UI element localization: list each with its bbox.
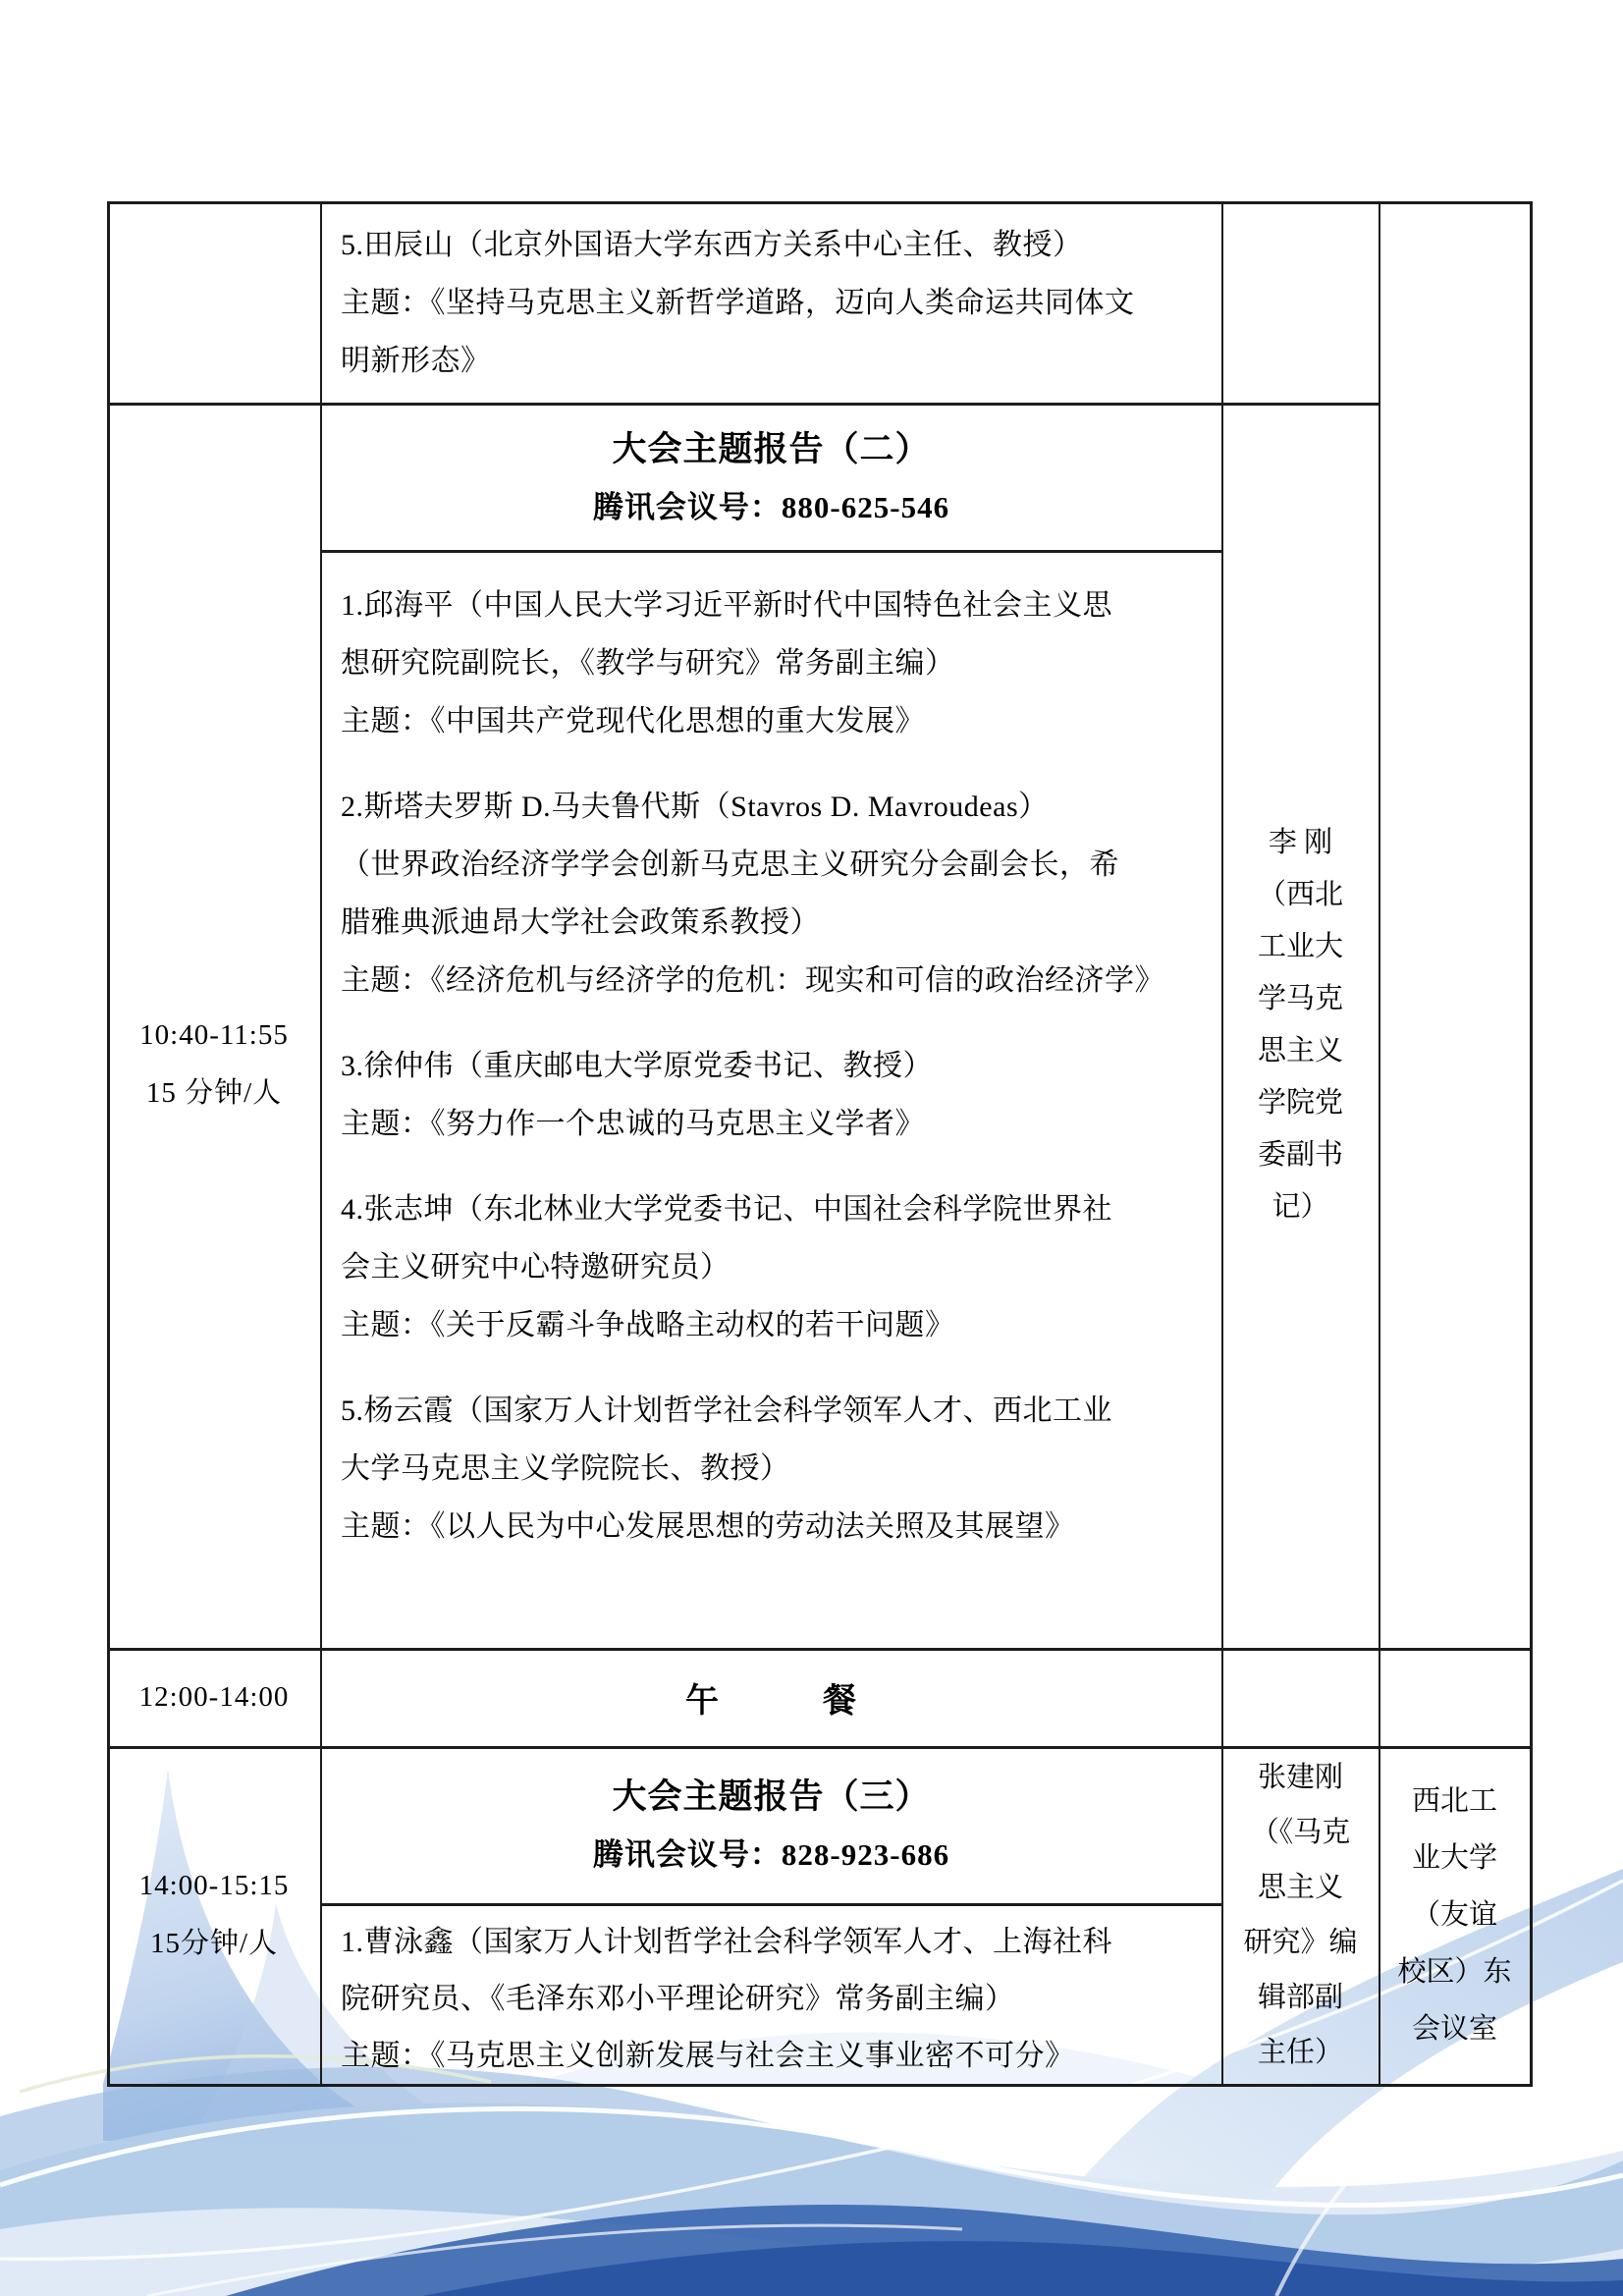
session3-meeting-id: 腾讯会议号：828-923-686 — [593, 1828, 949, 1883]
speaker-line: 1.邱海平（中国人民大学习近平新时代中国特色社会主义思 — [341, 576, 1206, 634]
speaker-line: （世界政治经济学学会创新马克思主义研究分会副会长，希 — [341, 836, 1206, 894]
moderator-line: 张建刚 — [1258, 1750, 1343, 1805]
row-divider-lunch-bottom — [107, 1746, 1533, 1749]
speaker-line: 腊雅典派迪昂大学社会政策系教授） — [341, 894, 1206, 952]
session2-title: 大会主题报告（二） — [612, 419, 930, 480]
speaker-paragraph: 4.张志坤（东北林业大学党委书记、中国社会科学院世界社 会主义研究中心特邀研究员… — [341, 1180, 1206, 1354]
moderator-line: 学马克 — [1258, 973, 1343, 1025]
session2-speaker-list: 1.邱海平（中国人民大学习近平新时代中国特色社会主义思 想研究院副院长，《教学与… — [323, 553, 1219, 1645]
row-divider-lunch-top — [107, 1648, 1533, 1651]
speaker-paragraph: 1.邱海平（中国人民大学习近平新时代中国特色社会主义思 想研究院副院长，《教学与… — [341, 576, 1206, 750]
moderator-line: 工业大 — [1258, 921, 1343, 973]
time-range: 12:00-14:00 — [139, 1668, 290, 1726]
moderator-line: （西北 — [1258, 869, 1343, 921]
moderator-line: 研究》编 — [1243, 1915, 1357, 1970]
table-border-bottom — [107, 2084, 1533, 2087]
table-border-col1 — [320, 201, 322, 2087]
cell-time-afternoon: 14:00-15:15 15分钟/人 — [110, 1749, 318, 2081]
session3-speaker-list: 1.曹泳鑫（国家万人计划哲学社会科学领军人才、上海社科 院研究员、《毛泽东邓小平… — [323, 1906, 1219, 2081]
table-border-left — [107, 201, 110, 2087]
speaker-line: 3.徐仲伟（重庆邮电大学原党委书记、教授） — [341, 1037, 1206, 1095]
lunch-label: 午 餐 — [685, 1673, 857, 1722]
cell-venue: 西北工 业大学 （友谊 校区）东 会议室 — [1381, 1749, 1528, 2081]
speaker-paragraph: 3.徐仲伟（重庆邮电大学原党委书记、教授） 主题：《努力作一个忠诚的马克思主义学… — [341, 1037, 1206, 1153]
table-border-right — [1530, 201, 1533, 2087]
speaker-line: 主题：《经济危机与经济学的危机：现实和可信的政治经济学》 — [341, 952, 1206, 1010]
speaker-line: 想研究院副院长，《教学与研究》常务副主编） — [341, 634, 1206, 692]
speaker-line: 明新形态》 — [341, 332, 1206, 390]
speaker-line: 主题：《努力作一个忠诚的马克思主义学者》 — [341, 1095, 1206, 1153]
session2-header: 大会主题报告（二） 腾讯会议号：880-625-546 — [323, 406, 1219, 548]
venue-line: 业大学 — [1412, 1830, 1497, 1886]
speaker-line: 主题：《中国共产党现代化思想的重大发展》 — [341, 692, 1206, 750]
table-border-col3 — [1379, 201, 1380, 2087]
speaker-paragraph: 5.田辰山（北京外国语大学东西方关系中心主任、教授） 主题：《坚持马克思主义新哲… — [341, 216, 1206, 390]
moderator-line: 李 刚 — [1269, 817, 1332, 869]
time-range: 10:40-11:55 — [139, 1007, 289, 1065]
moderator-line: 主任） — [1258, 2025, 1343, 2080]
speaker-line: 5.田辰山（北京外国语大学东西方关系中心主任、教授） — [341, 216, 1206, 274]
venue-line: （友谊 — [1412, 1886, 1497, 1943]
moderator-afternoon: 张建刚 （《马克 思主义 研究》编 辑部副 主任） — [1224, 1749, 1377, 2081]
venue-line: 校区）东 — [1397, 1943, 1511, 2000]
time-range: 14:00-15:15 — [139, 1857, 290, 1915]
session3-title: 大会主题报告（三） — [612, 1767, 930, 1828]
speaker-line: 主题：《马克思主义创新发展与社会主义事业密不可分》 — [341, 2028, 1206, 2085]
speaker-paragraph: 2.斯塔夫罗斯 D.马夫鲁代斯（Stavros D. Mavroudeas） （… — [341, 778, 1206, 1010]
speaker-line: 主题：《以人民为中心发展思想的劳动法关照及其展望》 — [341, 1498, 1206, 1556]
speaker-line: 会主义研究中心特邀研究员） — [341, 1238, 1206, 1296]
moderator-line: 委副书 — [1258, 1129, 1343, 1181]
moderator-line: 思主义 — [1258, 1860, 1343, 1915]
speaker-line: 主题：《关于反霸斗争战略主动权的若干问题》 — [341, 1296, 1206, 1354]
speaker-line: 大学马克思主义学院院长、教授） — [341, 1440, 1206, 1498]
venue-line: 会议室 — [1412, 2000, 1497, 2057]
moderator-line: 辑部副 — [1258, 1970, 1343, 2025]
venue-line: 西北工 — [1412, 1773, 1497, 1830]
cell-time-lunch: 12:00-14:00 — [110, 1651, 318, 1743]
header-divider-morning — [320, 550, 1223, 553]
speaker-line: 2.斯塔夫罗斯 D.马夫鲁代斯（Stavros D. Mavroudeas） — [341, 778, 1206, 836]
speaker-line: 主题：《坚持马克思主义新哲学道路，迈向人类命运共同体文 — [341, 274, 1206, 332]
time-per-person: 15分钟/人 — [150, 1915, 278, 1973]
cell-prev-session-topic: 5.田辰山（北京外国语大学东西方关系中心主任、教授） 主题：《坚持马克思主义新哲… — [323, 204, 1219, 401]
moderator-line: 思主义 — [1258, 1025, 1343, 1077]
moderator-line: 学院党 — [1258, 1077, 1343, 1129]
table-border-col2 — [1221, 201, 1223, 2087]
moderator-line: （《马克 — [1251, 1805, 1351, 1860]
speaker-line: 4.张志坤（东北林业大学党委书记、中国社会科学院世界社 — [341, 1180, 1206, 1238]
speaker-paragraph: 1.曹泳鑫（国家万人计划哲学社会科学领军人才、上海社科 院研究员、《毛泽东邓小平… — [341, 1914, 1206, 2085]
speaker-paragraph: 5.杨云霞（国家万人计划哲学社会科学领军人才、西北工业 大学马克思主义学院院长、… — [341, 1382, 1206, 1556]
cell-time-morning: 10:40-11:55 15 分钟/人 — [110, 406, 318, 1645]
speaker-line: 1.曹泳鑫（国家万人计划哲学社会科学领军人才、上海社科 — [341, 1914, 1206, 1971]
speaker-line: 5.杨云霞（国家万人计划哲学社会科学领军人才、西北工业 — [341, 1382, 1206, 1440]
program-page: 5.田辰山（北京外国语大学东西方关系中心主任、教授） 主题：《坚持马克思主义新哲… — [0, 0, 1623, 2296]
session2-meeting-id: 腾讯会议号：880-625-546 — [593, 480, 949, 535]
speaker-line: 院研究员、《毛泽东邓小平理论研究》常务副主编） — [341, 1971, 1206, 2028]
header-divider-afternoon — [320, 1903, 1223, 1906]
moderator-line: 记） — [1271, 1181, 1328, 1233]
cell-lunch: 午 餐 — [323, 1651, 1219, 1743]
moderator-morning: 李 刚 （西北 工业大 学马克 思主义 学院党 委副书 记） — [1224, 406, 1377, 1645]
row-divider-prev — [107, 403, 1380, 406]
table-border-top — [107, 201, 1533, 204]
time-per-person: 15 分钟/人 — [146, 1065, 282, 1122]
session3-header: 大会主题报告（三） 腾讯会议号：828-923-686 — [323, 1749, 1219, 1900]
